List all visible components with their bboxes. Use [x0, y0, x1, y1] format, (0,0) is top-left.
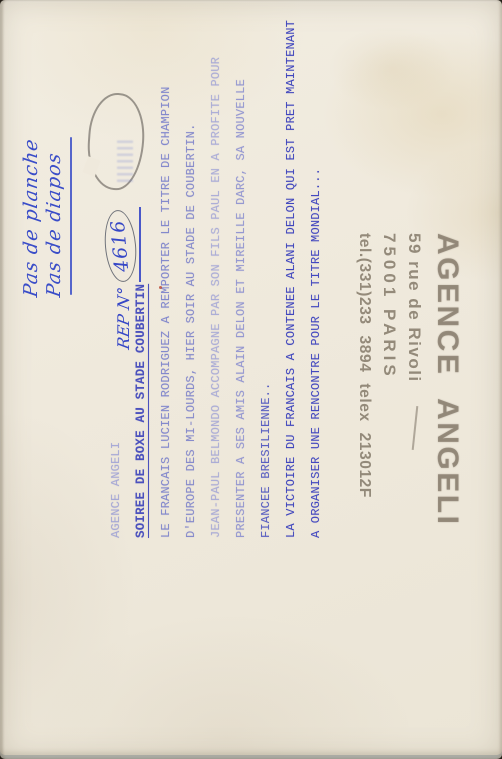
handwritten-note-line: Pas de planche [20, 125, 43, 298]
red-speck [159, 286, 162, 289]
stamp-address-street: 59 rue de Rivoli [402, 233, 427, 518]
caption-line-agency: AGENCE ANGELI [104, 26, 129, 538]
caption-line: PRESENTER A SES AMIS ALAIN DELON ET MIRE… [229, 26, 254, 538]
typed-caption: AGENCE ANGELI SOIREE DE BOXE AU STADE CO… [104, 26, 330, 538]
handwritten-note: Pas de planche Pas de diapos [20, 127, 68, 297]
caption-line-title: SOIREE DE BOXE AU STADE COUBERTIN [129, 26, 154, 538]
handwritten-note-line: Pas de diapos [43, 125, 66, 298]
caption-line: A ORGANISER UNE RENCONTRE POUR LE TITRE … [304, 26, 329, 538]
stamp-address-city: 75001 PARIS [377, 233, 402, 518]
stamp-agency-name: AGENCE ANGELI [427, 233, 467, 518]
stamp-contact: tel.(331)233 3894 telex 213012F [351, 233, 377, 518]
agency-stamp: AGENCE ANGELI 59 rue de Rivoli 75001 PAR… [349, 233, 467, 518]
caption-line: LE FRANCAIS LUCIEN RODRIGUEZ A REMPORTER… [154, 26, 179, 538]
photo-back-scan: Pas de planche Pas de diapos REP N° 4616… [0, 0, 502, 759]
caption-line: JEAN-PAUL BELMONDO ACCOMPAGNE PAR SON FI… [204, 26, 229, 538]
caption-line: FIANCEE BRESILIENNE.. [254, 26, 279, 538]
caption-line: D'EUROPE DES MI-LOURDS, HIER SOIR AU STA… [179, 26, 204, 538]
caption-line: LA VICTOIRE DU FRANCAIS A CONTENEE ALANI… [279, 26, 304, 538]
